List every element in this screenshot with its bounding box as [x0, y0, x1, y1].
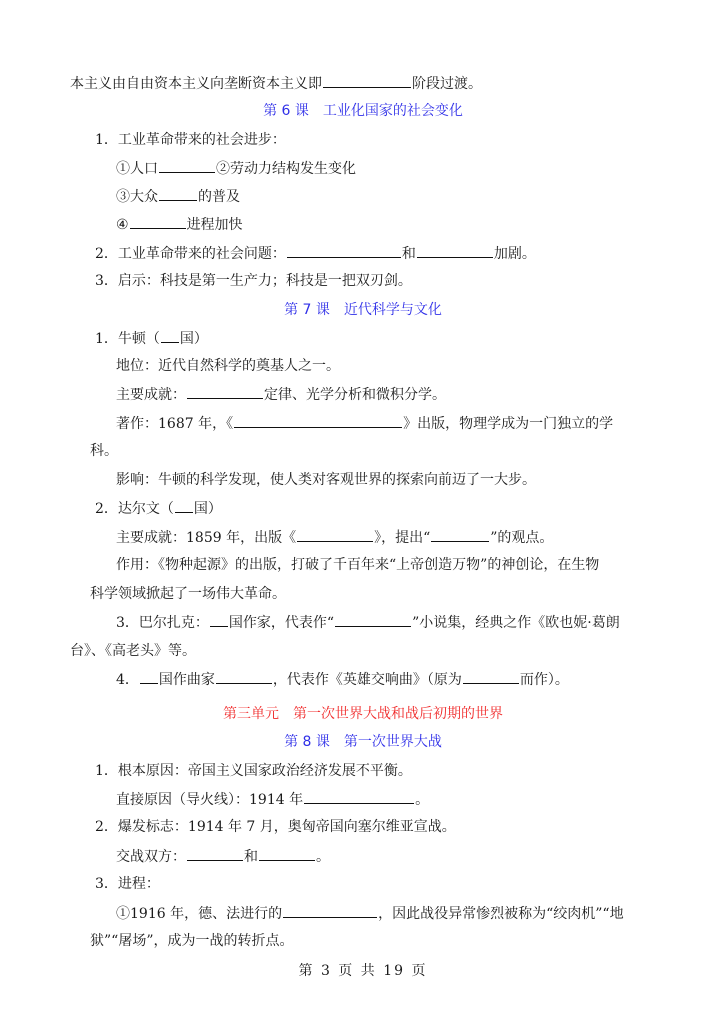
text: ③大众: [116, 189, 158, 205]
blank: [187, 384, 263, 399]
lesson6-item3: 3．启示：科技是第一生产力；科技是一把双刃剑。: [95, 271, 412, 291]
lesson6-item2: 2．工业革命带来的社会问题：和加剧。: [95, 243, 536, 263]
text: ”的观点。: [490, 530, 553, 546]
blank: [175, 498, 193, 513]
blank: [431, 527, 489, 542]
lesson8-item2: 2．爆发标志：1914 年 7 月，奥匈帝国向塞尔维亚宣战。: [95, 817, 456, 837]
newton-impact: 影响：牛顿的科学发现，使人类对客观世界的探索向前迈了一大步。: [116, 470, 536, 490]
darwin-effect: 作用：《物种起源》的出版，打破了千百年来“上帝创造万物”的神创论，在生物: [116, 555, 599, 575]
blank: [463, 669, 519, 684]
newton-status: 地位：近代自然科学的奠基人之一。: [116, 356, 340, 376]
text: 进程加快: [187, 217, 243, 233]
text: 交战双方：: [116, 849, 186, 865]
intro-text-end: 阶段过渡。: [412, 76, 482, 92]
page-footer: 第 3 页 共 19 页: [0, 960, 726, 980]
lesson8-sides: 交战双方：和。: [116, 846, 330, 866]
text: 的普及: [198, 189, 240, 205]
blank: [417, 243, 493, 258]
text: 2．工业革命带来的社会问题：: [95, 246, 286, 262]
newton-heading: 1．牛顿（国）: [95, 328, 208, 348]
text: 加剧。: [494, 246, 536, 262]
blank: [187, 846, 243, 861]
text: 直接原因（导火线）：1914 年: [116, 792, 303, 808]
blank: [130, 214, 186, 229]
text: 和: [402, 246, 416, 262]
blank: [159, 158, 215, 173]
intro-line: 本主义由自由资本主义向垄断资本主义即阶段过渡。: [70, 73, 482, 93]
intro-text: 本主义由自由资本主义向垄断资本主义即: [70, 76, 322, 92]
blank: [335, 612, 411, 627]
text: 著作：1687 年，《: [116, 416, 233, 432]
text: ①1916 年，德、法进行的: [116, 906, 282, 922]
darwin-achievement: 主要成就：1859 年，出版《》，提出“”的观点。: [116, 527, 553, 547]
text: 和: [244, 849, 258, 865]
unit3-title: 第三单元 第一次世界大战和战后初期的世界: [0, 704, 726, 724]
text: 而作）。: [520, 672, 569, 688]
lesson6-sub3: ③大众的普及: [116, 186, 240, 206]
lesson8-direct-cause: 直接原因（导火线）：1914 年。: [116, 789, 429, 809]
text: 主要成就：: [116, 387, 186, 403]
blank: [304, 789, 414, 804]
lesson6-sub4: ④进程加快: [116, 214, 243, 234]
text: 。: [316, 849, 330, 865]
newton-achievement: 主要成就：定律、光学分析和微积分学。: [116, 384, 446, 404]
blank: [297, 527, 373, 542]
text: 》出版，物理学成为一门独立的学: [403, 416, 613, 432]
lesson6-sub1: ①人口②劳动力结构发生变化: [116, 158, 356, 178]
blank: [161, 328, 179, 343]
text: 主要成就：1859 年，出版《: [116, 530, 296, 546]
text: ，代表作《英雄交响曲》（原为: [273, 672, 462, 688]
text: ，因此战役异常惨烈被称为“绞肉机”“地: [378, 906, 623, 922]
text: 3．巴尔扎克：: [116, 615, 209, 631]
text: 1．牛顿（: [95, 331, 160, 347]
text: 定律、光学分析和微积分学。: [264, 387, 446, 403]
text: ②劳动力结构发生变化: [216, 161, 356, 177]
text: ④: [116, 217, 129, 233]
blank: [140, 669, 158, 684]
balzac-cont: 台》、《高老头》等。: [70, 641, 196, 661]
blank: [283, 903, 377, 918]
text: 国作曲家: [159, 672, 215, 688]
blank: [216, 669, 272, 684]
blank: [210, 612, 228, 627]
lesson8-title: 第 8 课 第一次世界大战: [0, 732, 726, 752]
text: 国）: [194, 501, 222, 517]
lesson7-title: 第 7 课 近代科学与文化: [0, 300, 726, 320]
balzac-line: 3．巴尔扎克：国作家，代表作“”小说集，经典之作《欧也妮·葛朗: [116, 612, 620, 632]
lesson8-item3: 3．进程：: [95, 874, 160, 894]
lesson6-item1: 1．工业革命带来的社会进步：: [95, 130, 286, 150]
text: 2．达尔文（: [95, 501, 174, 517]
newton-work: 著作：1687 年，《》出版，物理学成为一门独立的学: [116, 413, 613, 433]
text: 》，提出“: [374, 530, 430, 546]
lesson8-item1: 1．根本原因：帝国主义国家政治经济发展不平衡。: [95, 761, 412, 781]
blank: [234, 413, 402, 428]
blank: [259, 846, 315, 861]
beethoven-line: 4．国作曲家，代表作《英雄交响曲》（原为而作）。: [116, 669, 569, 689]
text: 4．: [116, 672, 139, 688]
blank: [323, 73, 411, 88]
text: 国）: [180, 331, 208, 347]
darwin-heading: 2．达尔文（国）: [95, 498, 222, 518]
blank: [287, 243, 401, 258]
newton-work-cont: 科。: [90, 441, 118, 461]
blank: [159, 186, 197, 201]
text: 国作家，代表作“: [229, 615, 334, 631]
darwin-effect-cont: 科学领域掀起了一场伟大革命。: [90, 584, 286, 604]
lesson6-title: 第 6 课 工业化国家的社会变化: [0, 101, 726, 121]
text: ”小说集，经典之作《欧也妮·葛朗: [412, 615, 620, 631]
text: 。: [415, 792, 429, 808]
text: ①人口: [116, 161, 158, 177]
lesson8-progress-1-cont: 狱”“屠场”，成为一战的转折点。: [90, 931, 293, 951]
lesson8-progress-1: ①1916 年，德、法进行的，因此战役异常惨烈被称为“绞肉机”“地: [116, 903, 624, 923]
